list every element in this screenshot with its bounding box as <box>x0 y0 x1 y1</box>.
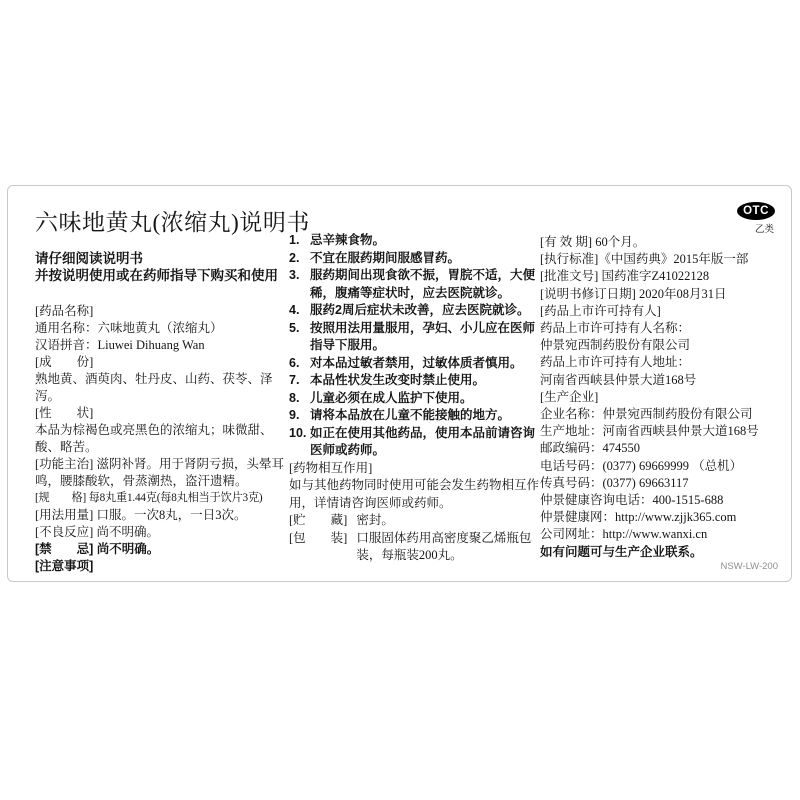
health-hotline: 仲景健康咨询电话：400-1515-688 <box>540 492 790 509</box>
item-text: 请将本品放在儿童不能接触的地方。 <box>310 407 541 425</box>
precautions-label: [注意事项] <box>35 558 291 575</box>
item-text: 对本品过敏者禁用，过敏体质者慎用。 <box>310 355 541 373</box>
item-number: 8. <box>289 390 310 408</box>
indications-text: [功能主治] 滋阴补肾。用于肾阴亏损，头晕耳鸣，腰膝酸软，骨蒸潮热，盗汗遗精。 <box>35 456 291 490</box>
otc-badge: OTC 乙类 <box>735 202 777 235</box>
item-number: 5. <box>289 320 310 355</box>
item-text: 本品性状发生改变时禁止使用。 <box>310 372 541 390</box>
interaction-text: 如与其他药物同时使用可能会发生药物相互作用，详情请咨询医师或药师。 <box>289 477 541 512</box>
drug-name-label: [药品名称] <box>35 303 291 320</box>
mah-name: 仲景宛西制药股份有限公司 <box>540 337 790 354</box>
health-website: 仲景健康网：http://www.zjjk365.com <box>540 509 790 526</box>
precaution-item: 9. 请将本品放在儿童不能接触的地方。 <box>289 407 541 425</box>
item-number: 6. <box>289 355 310 373</box>
mah-addr-label: 药品上市许可持有人地址： <box>540 354 790 371</box>
storage-label: [贮 藏] <box>289 512 347 530</box>
contact-note: 如有问题可与生产企业联系。 <box>540 544 790 561</box>
package-insert-sheet: 六味地黄丸(浓缩丸)说明书 请仔细阅读说明书 并按说明使用或在药师指导下购买和使… <box>7 185 792 582</box>
item-text: 忌辛辣食物。 <box>310 232 541 250</box>
item-text: 服药2周后症状未改善，应去医院就诊。 <box>310 302 541 320</box>
company-address: 生产地址：河南省西峡县仲景大道168号 <box>540 423 790 440</box>
precaution-item: 10. 如正在使用其他药品，使用本品前请咨询医师或药师。 <box>289 425 541 460</box>
approval-number: [批准文号] 国药准字Z41022128 <box>540 268 790 285</box>
ingredients-text: 熟地黄、酒萸肉、牡丹皮、山药、茯苓、泽泻。 <box>35 371 291 405</box>
precaution-item: 7. 本品性状发生改变时禁止使用。 <box>289 372 541 390</box>
ingredients-label: [成 份] <box>35 354 291 371</box>
manufacturer-label: [生产企业] <box>540 389 790 406</box>
packaging-row: [包 装] 口服固体药用高密度聚乙烯瓶包装，每瓶装200丸。 <box>289 530 541 565</box>
interaction-label: [药物相互作用] <box>289 460 541 478</box>
properties-label: [性 状] <box>35 405 291 422</box>
precaution-item: 1. 忌辛辣食物。 <box>289 232 541 250</box>
standard-text: [执行标准]《中国药典》2015年版一部 <box>540 251 790 268</box>
precaution-item: 3. 服药期间出现食欲不振，胃脘不适，大便稀，腹痛等症状时，应去医院就诊。 <box>289 267 541 302</box>
insert-code: NSW-LW-200 <box>720 561 778 572</box>
item-number: 4. <box>289 302 310 320</box>
item-number: 9. <box>289 407 310 425</box>
item-number: 1. <box>289 232 310 250</box>
item-text: 如正在使用其他药品，使用本品前请咨询医师或药师。 <box>310 425 541 460</box>
precaution-item: 6. 对本品过敏者禁用，过敏体质者慎用。 <box>289 355 541 373</box>
otc-mark-icon: OTC <box>737 202 775 220</box>
specification-text: [规 格] 每8丸重1.44克(每8丸相当于饮片3克) <box>35 490 291 507</box>
item-text: 儿童必须在成人监护下使用。 <box>310 390 541 408</box>
item-number: 10. <box>289 425 310 460</box>
precaution-item: 8. 儿童必须在成人监护下使用。 <box>289 390 541 408</box>
generic-name: 通用名称：六味地黄丸（浓缩丸） <box>35 320 291 337</box>
column-right: [有 效 期] 60个月。 [执行标准]《中国药典》2015年版一部 [批准文号… <box>540 234 790 561</box>
precaution-item: 4. 服药2周后症状未改善，应去医院就诊。 <box>289 302 541 320</box>
item-number: 2. <box>289 250 310 268</box>
packaging-text: 口服固体药用高密度聚乙烯瓶包装，每瓶装200丸。 <box>356 530 541 565</box>
precaution-item: 2. 不宜在服药期间服感冒药。 <box>289 250 541 268</box>
phone-number: 电话号码：(0377) 69669999 （总机） <box>540 458 790 475</box>
read-notice: 请仔细阅读说明书 并按说明使用或在药师指导下购买和使用 <box>35 250 291 284</box>
item-number: 7. <box>289 372 310 390</box>
properties-text: 本品为棕褐色或亮黑色的浓缩丸；味微甜、酸、略苦。 <box>35 422 291 456</box>
contraindications-text: [禁 忌] 尚不明确。 <box>35 541 291 558</box>
postal-code: 邮政编码：474550 <box>540 440 790 457</box>
storage-row: [贮 藏] 密封。 <box>289 512 541 530</box>
fax-number: 传真号码：(0377) 69663117 <box>540 475 790 492</box>
packaging-label: [包 装] <box>289 530 347 565</box>
item-text: 服药期间出现食欲不振，胃脘不适，大便稀，腹痛等症状时，应去医院就诊。 <box>310 267 541 302</box>
precaution-item: 5. 按照用法用量服用，孕妇、小儿应在医师指导下服用。 <box>289 320 541 355</box>
adverse-reactions-text: [不良反应] 尚不明确。 <box>35 524 291 541</box>
dosage-text: [用法用量] 口服。一次8丸，一日3次。 <box>35 507 291 524</box>
notice-line-2: 并按说明使用或在药师指导下购买和使用 <box>35 267 291 284</box>
pinyin-name: 汉语拼音：Liuwei Dihuang Wan <box>35 337 291 354</box>
mah-name-label: 药品上市许可持有人名称： <box>540 320 790 337</box>
mah-address: 河南省西峡县仲景大道168号 <box>540 372 790 389</box>
validity-text: [有 效 期] 60个月。 <box>540 234 790 251</box>
company-name: 企业名称：仲景宛西制药股份有限公司 <box>540 406 790 423</box>
column-middle: 1. 忌辛辣食物。 2. 不宜在服药期间服感冒药。 3. 服药期间出现食欲不振，… <box>289 232 541 565</box>
item-text: 按照用法用量服用，孕妇、小儿应在医师指导下服用。 <box>310 320 541 355</box>
left-sections: [药品名称] 通用名称：六味地黄丸（浓缩丸） 汉语拼音：Liuwei Dihua… <box>35 303 291 575</box>
item-text: 不宜在服药期间服感冒药。 <box>310 250 541 268</box>
mah-label: [药品上市许可持有人] <box>540 303 790 320</box>
company-website: 公司网址：http://www.wanxi.cn <box>540 526 790 543</box>
otc-category: 乙类 <box>735 221 777 235</box>
notice-line-1: 请仔细阅读说明书 <box>35 250 291 267</box>
revision-date: [说明书修订日期] 2020年08月31日 <box>540 286 790 303</box>
column-left: 六味地黄丸(浓缩丸)说明书 请仔细阅读说明书 并按说明使用或在药师指导下购买和使… <box>35 200 291 575</box>
item-number: 3. <box>289 267 310 302</box>
storage-text: 密封。 <box>356 512 541 530</box>
insert-title: 六味地黄丸(浓缩丸)说明书 <box>35 204 291 237</box>
